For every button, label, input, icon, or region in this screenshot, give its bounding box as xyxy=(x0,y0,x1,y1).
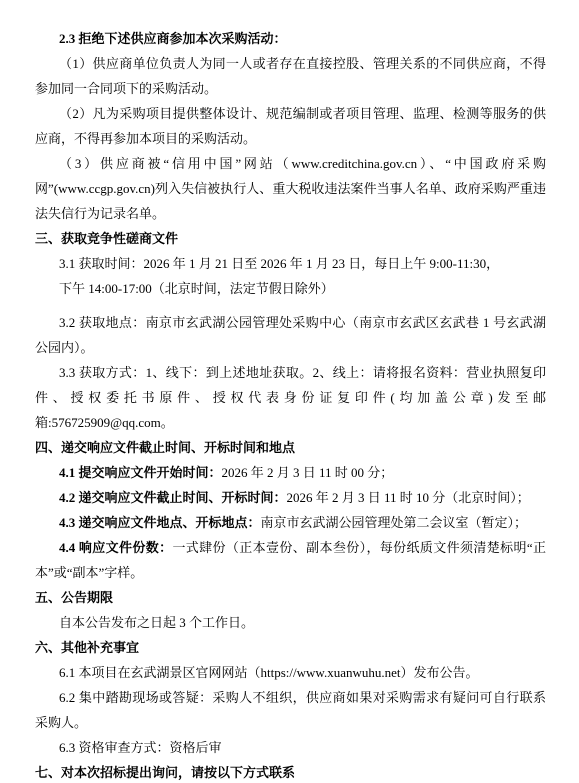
section-6-heading: 六、其他补充事宜 xyxy=(35,635,546,660)
paragraph-text: （1）供应商单位负责人为同一人或者存在直接控股、管理关系的不同供应商，不得参加同… xyxy=(35,56,546,96)
paragraph-text: 2026 年 2 月 3 日 11 时 10 分（北京时间）； xyxy=(287,490,530,505)
clause-2-3-heading: 2.3 拒绝下述供应商参加本次采购活动： xyxy=(35,26,546,51)
paragraph-text: 3.1 获取时间：2026 年 1 月 21 日至 2026 年 1 月 23 … xyxy=(59,256,499,271)
paragraph-text: 3.3 获取方式：1、线下：到上述地址获取。2、线上：请将报名资料：营业执照复印… xyxy=(35,365,546,430)
clause-2-3-item-3: （3）供应商被“信用中国”网站（www.creditchina.gov.cn）、… xyxy=(35,151,546,226)
section-7-heading: 七、对本次招标提出询问，请按以下方式联系 xyxy=(35,760,546,783)
bold-label: 六、其他补充事宜 xyxy=(35,640,139,655)
paragraph-text: 6.2 集中踏勘现场或答疑：采购人不组织，供应商如果对采购需求有疑问可自行联系采… xyxy=(35,690,546,730)
clause-4-2: 4.2 递交响应文件截止时间、开标时间：2026 年 2 月 3 日 11 时 … xyxy=(35,485,546,510)
bold-label: 2.3 拒绝下述供应商参加本次采购活动： xyxy=(59,31,287,46)
clause-2-3-item-2: （2）凡为采购项目提供整体设计、规范编制或者项目管理、监理、检测等服务的供应商，… xyxy=(35,101,546,151)
paragraph-text: 南京市玄武湖公园管理处第二会议室（暂定）； xyxy=(261,515,528,530)
bold-label: 4.2 递交响应文件截止时间、开标时间： xyxy=(59,490,287,505)
clause-3-1-line-2: 下午 14:00-17:00（北京时间，法定节假日除外） xyxy=(35,276,546,301)
clause-6-2: 6.2 集中踏勘现场或答疑：采购人不组织，供应商如果对采购需求有疑问可自行联系采… xyxy=(35,685,546,735)
bold-label: 五、公告期限 xyxy=(35,590,113,605)
bold-label: 七、对本次招标提出询问，请按以下方式联系 xyxy=(35,765,295,780)
clause-6-1: 6.1 本项目在玄武湖景区官网网站（https://www.xuanwuhu.n… xyxy=(35,660,546,685)
bold-label: 4.3 递交响应文件地点、开标地点： xyxy=(59,515,261,530)
clause-4-4: 4.4 响应文件份数：一式肆份（正本壹份、副本叁份），每份纸质文件须清楚标明“正… xyxy=(35,535,546,585)
clause-3-1-line-1: 3.1 获取时间：2026 年 1 月 21 日至 2026 年 1 月 23 … xyxy=(35,251,546,276)
paragraph-text: 3.2 获取地点：南京市玄武湖公园管理处采购中心（南京市玄武区玄武巷 1 号玄武… xyxy=(35,315,546,355)
document-page: 2.3 拒绝下述供应商参加本次采购活动： （1）供应商单位负责人为同一人或者存在… xyxy=(0,0,579,783)
bold-label: 4.1 提交响应文件开始时间： xyxy=(59,465,222,480)
paragraph-text: 2026 年 2 月 3 日 11 时 00 分； xyxy=(222,465,394,480)
paragraph-text: 6.1 本项目在玄武湖景区官网网站（https://www.xuanwuhu.n… xyxy=(59,665,478,680)
bold-label: 四、递交响应文件截止时间、开标时间和地点 xyxy=(35,440,295,455)
paragraph-text: 6.3 资格审查方式：资格后审 xyxy=(59,740,222,755)
clause-2-3-item-1: （1）供应商单位负责人为同一人或者存在直接控股、管理关系的不同供应商，不得参加同… xyxy=(35,51,546,101)
clause-3-3: 3.3 获取方式：1、线下：到上述地址获取。2、线上：请将报名资料：营业执照复印… xyxy=(35,360,546,435)
bold-label: 4.4 响应文件份数： xyxy=(59,540,172,555)
section-4-heading: 四、递交响应文件截止时间、开标时间和地点 xyxy=(35,435,546,460)
paragraph-text: 自本公告发布之日起 3 个工作日。 xyxy=(59,615,254,630)
clause-4-1: 4.1 提交响应文件开始时间：2026 年 2 月 3 日 11 时 00 分； xyxy=(35,460,546,485)
paragraph-text: （2）凡为采购项目提供整体设计、规范编制或者项目管理、监理、检测等服务的供应商，… xyxy=(35,106,546,146)
paragraph-text: （3）供应商被“信用中国”网站（www.creditchina.gov.cn）、… xyxy=(35,156,546,221)
section-5-heading: 五、公告期限 xyxy=(35,585,546,610)
clause-4-3: 4.3 递交响应文件地点、开标地点：南京市玄武湖公园管理处第二会议室（暂定）； xyxy=(35,510,546,535)
clause-3-2: 3.2 获取地点：南京市玄武湖公园管理处采购中心（南京市玄武区玄武巷 1 号玄武… xyxy=(35,310,546,360)
section-3-heading: 三、获取竞争性磋商文件 xyxy=(35,226,546,251)
clause-5-body: 自本公告发布之日起 3 个工作日。 xyxy=(35,610,546,635)
paragraph-text: 下午 14:00-17:00（北京时间，法定节假日除外） xyxy=(59,281,334,296)
bold-label: 三、获取竞争性磋商文件 xyxy=(35,231,178,246)
clause-6-3: 6.3 资格审查方式：资格后审 xyxy=(35,735,546,760)
